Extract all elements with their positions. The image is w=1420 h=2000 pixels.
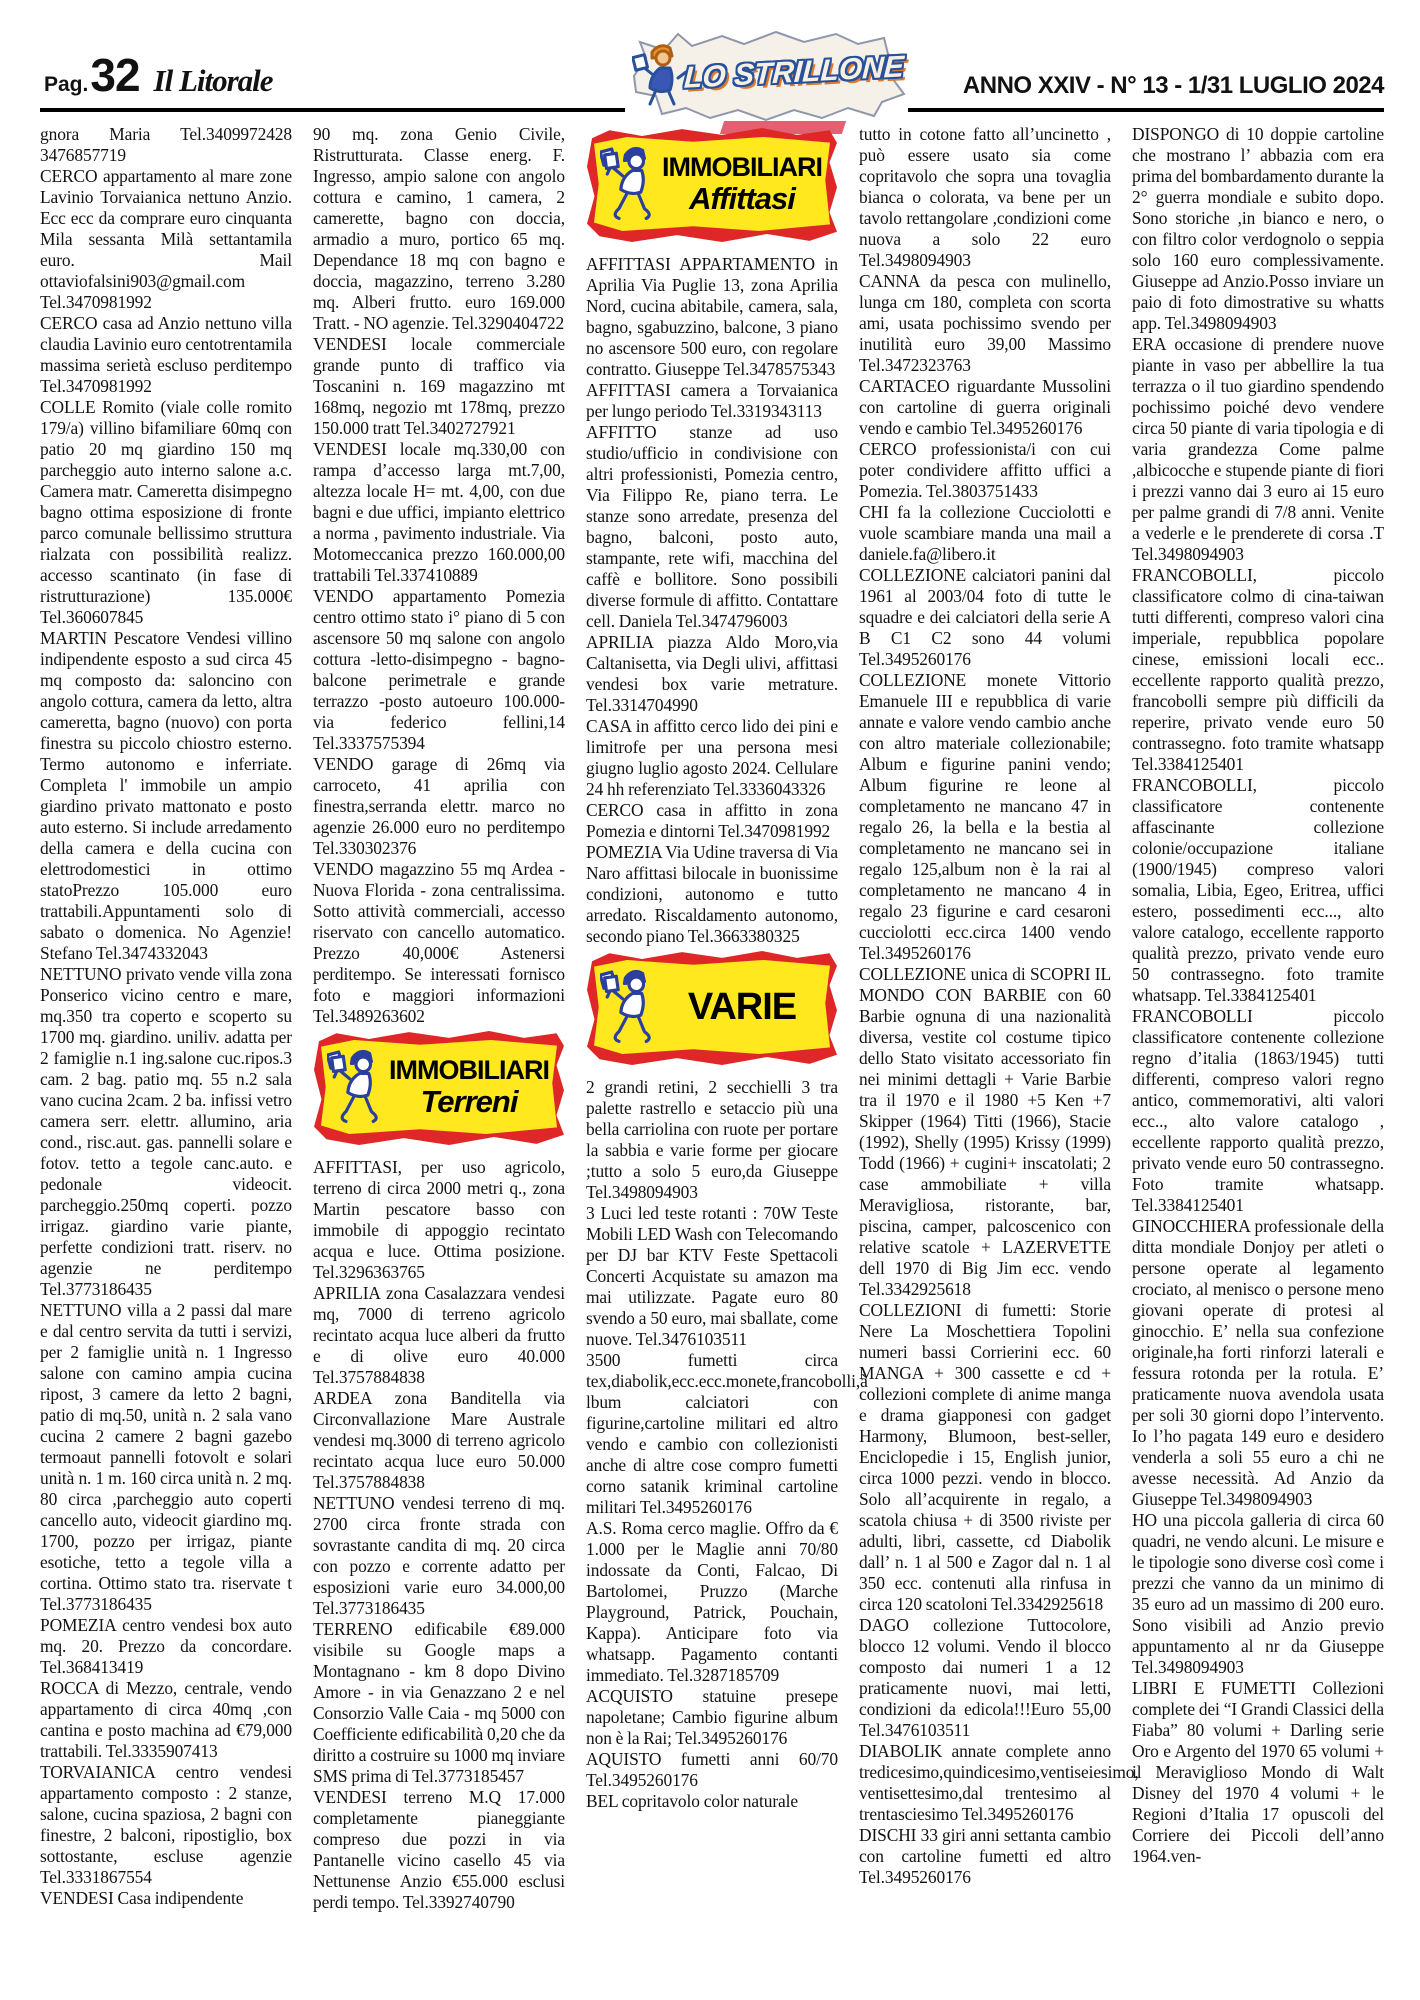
classified-ad: 2 grandi retini, 2 secchielli 3 tra pale… [586, 1077, 838, 1203]
classified-ad: CANNA da pesca con mulinello, lunga cm 1… [859, 271, 1111, 376]
classified-ad: NETTUNO privato vende villa zona Ponseri… [40, 964, 292, 1300]
classified-ad: LIBRI E FUMETTI Collezioni complete dei … [1132, 1678, 1384, 1867]
header-left: Pag.32 Il Litorale [44, 48, 273, 102]
banner-title: VARIE [660, 986, 824, 1028]
issue-info: ANNO XXIV - N° 13 - 1/31 LUGLIO 2024 [963, 72, 1384, 100]
lo-strillone-logo: LO STRILLONE [626, 30, 908, 122]
classified-ad: CERCO professionista/i con cui poter con… [859, 439, 1111, 502]
classified-ad: COLLEZIONE calciatori panini dal 1961 al… [859, 565, 1111, 670]
banner-terreni: IMMOBILIARI Terreni [314, 1031, 564, 1145]
classified-ad: ROCCA di Mezzo, centrale, vendo appartam… [40, 1678, 292, 1762]
newsboy-logo-icon [632, 38, 690, 112]
classified-ad: VENDO magazzino 55 mq Ardea - Nuova Flor… [313, 859, 565, 1027]
column-4: tutto in cotone fatto all’uncinetto , pu… [859, 124, 1111, 1913]
newsboy-icon [598, 142, 660, 226]
classified-ad: COLLEZIONE unica di SCOPRI IL MONDO CON … [859, 964, 1111, 1300]
classified-ad: 3 Luci led teste rotanti : 70W Teste Mob… [586, 1203, 838, 1350]
classified-ad: COLLEZIONE monete Vittorio Emanuele III … [859, 670, 1111, 964]
classified-ad: tutto in cotone fatto all’uncinetto , pu… [859, 124, 1111, 271]
classified-ad: CASA in affitto cerco lido dei pini e li… [586, 716, 838, 800]
classified-ad: CERCO casa ad Anzio nettuno villa claudi… [40, 313, 292, 397]
classified-ad: CERCO casa in affitto in zona Pomezia e … [586, 800, 838, 842]
newsboy-icon [325, 1045, 387, 1129]
banner-yellow-panel: IMMOBILIARI Terreni [321, 1040, 557, 1134]
banner-title-line1: IMMOBILIARI [387, 1055, 551, 1085]
classified-ad: VENDESI Casa indipendente [40, 1888, 292, 1909]
classified-ad: TERRENO edificabile €89.000 visibile su … [313, 1619, 565, 1787]
classified-ad: CHI fa la collezione Cucciolotti e vuole… [859, 502, 1111, 565]
header-rule-left [40, 108, 625, 112]
header-rule-right [908, 108, 1384, 112]
classified-ad: MARTIN Pescatore Vendesi villino indipen… [40, 628, 292, 964]
column-2: 90 mq. zona Genio Civile, Ristrutturata.… [313, 124, 565, 1913]
classified-ad: ACQUISTO statuine presepe napoletane; Ca… [586, 1686, 838, 1749]
page-label: Pag. [44, 73, 88, 96]
classified-ad: AFFITTASI, per uso agricolo, terreno di … [313, 1157, 565, 1283]
classified-ad: DAGO collezione Tuttocolore, blocco 12 v… [859, 1615, 1111, 1741]
column-5: DISPONGO di 10 doppie cartoline che most… [1132, 124, 1384, 1913]
column-3: IMMOBILIARI Affittasi AFFITTASI APPARTAM… [586, 124, 838, 1913]
classified-ad: gnora Maria Tel.3409972428 3476857719 [40, 124, 292, 166]
classified-ad: HO una piccola galleria di circa 60 quad… [1132, 1510, 1384, 1678]
classified-ad: FRANCOBOLLI piccolo classificatore conte… [1132, 1006, 1384, 1216]
classified-ad: VENDO garage di 26mq via carroceto, 41 a… [313, 754, 565, 859]
banner-title: IMMOBILIARI Terreni [387, 1055, 551, 1119]
classified-ad: CARTACEO riguardante Mussolini con carto… [859, 376, 1111, 439]
classified-ad: APRILIA zona Casalazzara vendesi mq, 700… [313, 1283, 565, 1388]
banner-title-line2: Affittasi [660, 182, 824, 216]
column-1: gnora Maria Tel.3409972428 3476857719CER… [40, 124, 292, 1913]
classified-ad: POMEZIA Via Udine traversa di Via Naro a… [586, 842, 838, 947]
newspaper-page: Pag.32 Il Litorale LO STRILLONE ANNO XX [0, 0, 1420, 2000]
classified-ad: AFFITTASI camera a Torvaianica per lungo… [586, 380, 838, 422]
banner-title-line1: IMMOBILIARI [660, 152, 824, 182]
classified-ad: COLLEZIONI di fumetti: Storie Nere La Mo… [859, 1300, 1111, 1615]
classified-ad: NETTUNO villa a 2 passi dal mare e dal c… [40, 1300, 292, 1615]
classifieds-columns: gnora Maria Tel.3409972428 3476857719CER… [40, 124, 1384, 1913]
newspaper-name: Il Litorale [154, 63, 273, 98]
classified-ad: DISPONGO di 10 doppie cartoline che most… [1132, 124, 1384, 334]
banner-affittasi: IMMOBILIARI Affittasi [587, 128, 837, 242]
classified-ad: ERA occasione di prendere nuove piante i… [1132, 334, 1384, 565]
classified-ad: ARDEA zona Banditella via Circonvallazio… [313, 1388, 565, 1493]
classified-ad: TORVAIANICA centro vendesi appartamento … [40, 1762, 292, 1888]
classified-ad: COLLE Romito (viale colle romito 179/a) … [40, 397, 292, 628]
classified-ad: AFFITTO stanze ad uso studio/ufficio in … [586, 422, 838, 632]
classified-ad: FRANCOBOLLI, piccolo classificatore colm… [1132, 565, 1384, 775]
banner-title: IMMOBILIARI Affittasi [660, 152, 824, 216]
banner-varie: VARIE [587, 951, 837, 1065]
classified-ad: VENDESI locale mq.330,00 con rampa d’acc… [313, 439, 565, 586]
classified-ad: DISCHI 33 giri anni settanta cambio con … [859, 1825, 1111, 1888]
classified-ad: AFFITTASI APPARTAMENTO in Aprilia Via Pu… [586, 254, 838, 380]
banner-title-line1: VARIE [660, 986, 824, 1028]
classified-ad: DIABOLIK annate complete anno tredicesim… [859, 1741, 1111, 1825]
classified-ad: AQUISTO fumetti anni 60/70 Tel.349526017… [586, 1749, 838, 1791]
classified-ad: 3500 fumetti circa tex,diabolik,ecc.ecc.… [586, 1350, 838, 1518]
classified-ad: POMEZIA centro vendesi box auto mq. 20. … [40, 1615, 292, 1678]
classified-ad: FRANCOBOLLI, piccolo classificatore cont… [1132, 775, 1384, 1006]
newsboy-icon [598, 965, 660, 1049]
page-header: Pag.32 Il Litorale LO STRILLONE ANNO XX [40, 26, 1384, 112]
classified-ad: BEL copritavolo color naturale [586, 1791, 838, 1812]
classified-ad: VENDESI terreno M.Q 17.000 completamente… [313, 1787, 565, 1913]
classified-ad: CERCO appartamento al mare zone Lavinio … [40, 166, 292, 313]
banner-yellow-panel: VARIE [594, 960, 830, 1054]
classified-ad: NETTUNO vendesi terreno di mq. 2700 circ… [313, 1493, 565, 1619]
classified-ad: VENDO appartamento Pomezia centro ottimo… [313, 586, 565, 754]
banner-yellow-panel: IMMOBILIARI Affittasi [594, 137, 830, 231]
banner-title-line2: Terreni [387, 1085, 551, 1119]
classified-ad: 90 mq. zona Genio Civile, Ristrutturata.… [313, 124, 565, 334]
classified-ad: VENDESI locale commerciale grande punto … [313, 334, 565, 439]
classified-ad: APRILIA piazza Aldo Moro,via Caltanisett… [586, 632, 838, 716]
page-number: 32 [90, 49, 139, 101]
classified-ad: GINOCCHIERA professionale della ditta mo… [1132, 1216, 1384, 1510]
classified-ad: A.S. Roma cerco maglie. Offro da € 1.000… [586, 1518, 838, 1686]
